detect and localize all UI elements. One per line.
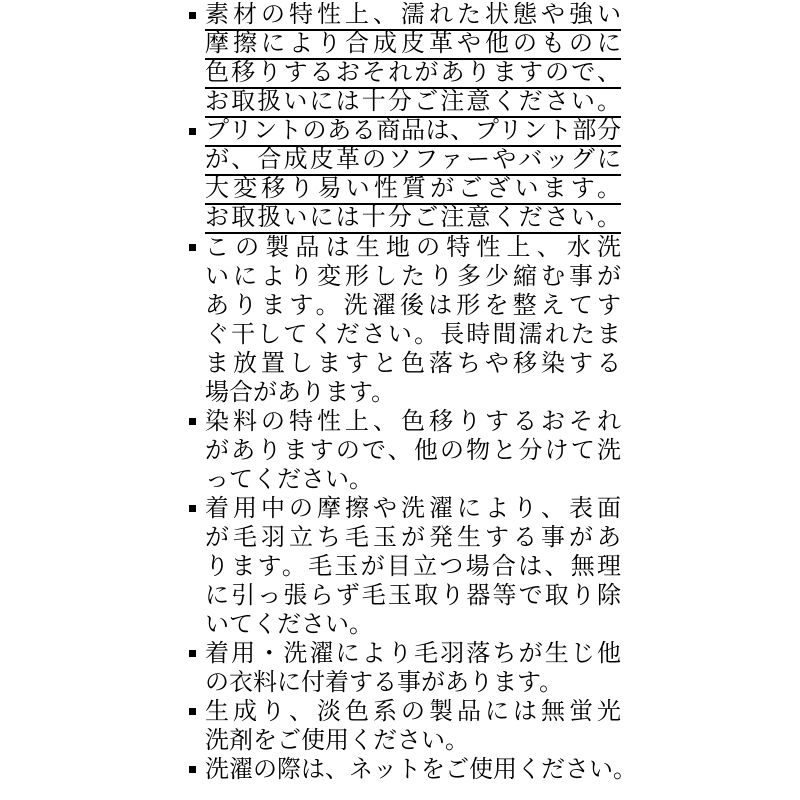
text-line: に引っ張らず毛玉取り器等で取り除: [205, 582, 621, 611]
text-line: お取扱いには十分ご注意ください。: [205, 205, 621, 234]
item-lines: 素材の特性上、濡れた状態や強い摩擦により合成皮革や他のものに色移りするおそれがあ…: [205, 2, 621, 118]
text-line: 大変移り易い性質がございます。: [205, 176, 621, 205]
text-line: 洗濯の際は、ネットをご使用ください。: [205, 756, 621, 785]
bullet-icon: [185, 495, 205, 524]
text-line: の衣料に付着する事があります。: [205, 669, 621, 698]
text-line: 素材の特性上、濡れた状態や強い: [205, 2, 621, 31]
text-line: プリントのある商品は、プリント部分: [205, 118, 621, 147]
bullet-icon: [185, 756, 205, 785]
text-line: ぐ干してください。長時間濡れたま: [205, 321, 621, 350]
care-instructions-page: 素材の特性上、濡れた状態や強い摩擦により合成皮革や他のものに色移りするおそれがあ…: [0, 0, 800, 800]
text-line: いにより変形したり多少縮む事が: [205, 263, 621, 292]
list-item: 着用中の摩擦や洗濯により、表面が毛羽立ち毛玉が発生する事があります。毛玉が目立つ…: [185, 495, 621, 640]
bullet-icon: [185, 408, 205, 437]
item-lines: プリントのある商品は、プリント部分が、合成皮革のソファーやバッグに大変移り易い性…: [205, 118, 621, 234]
text-line: が毛羽立ち毛玉が発生する事があ: [205, 524, 621, 553]
item-lines: この製品は生地の特性上、水洗いにより変形したり多少縮む事があります。洗濯後は形を…: [205, 234, 621, 408]
text-line: 場合があります。: [205, 379, 621, 408]
text-line: が、合成皮革のソファーやバッグに: [205, 147, 621, 176]
bullet-icon: [185, 698, 205, 727]
bullet-icon: [185, 234, 205, 263]
item-lines: 着用・洗濯により毛羽落ちが生じ他の衣料に付着する事があります。: [205, 640, 621, 698]
text-line: 着用中の摩擦や洗濯により、表面: [205, 495, 621, 524]
bullet-icon: [185, 118, 205, 147]
item-lines: 生成り、淡色系の製品には無蛍光洗剤をご使用ください。: [205, 698, 621, 756]
list-item: 生成り、淡色系の製品には無蛍光洗剤をご使用ください。: [185, 698, 621, 756]
text-line: 染料の特性上、色移りするおそれ: [205, 408, 621, 437]
bullet-icon: [185, 2, 205, 31]
list-item: 着用・洗濯により毛羽落ちが生じ他の衣料に付着する事があります。: [185, 640, 621, 698]
item-lines: 着用中の摩擦や洗濯により、表面が毛羽立ち毛玉が発生する事があります。毛玉が目立つ…: [205, 495, 621, 640]
list-item: この製品は生地の特性上、水洗いにより変形したり多少縮む事があります。洗濯後は形を…: [185, 234, 621, 408]
bullet-icon: [185, 640, 205, 669]
text-line: ります。毛玉が目立つ場合は、無理: [205, 553, 621, 582]
text-line: 生成り、淡色系の製品には無蛍光: [205, 698, 621, 727]
list-item: 洗濯の際は、ネットをご使用ください。: [185, 756, 621, 785]
text-line: 色移りするおそれがありますので、: [205, 60, 621, 89]
text-line: いてください。: [205, 611, 621, 640]
list-item: 染料の特性上、色移りするおそれがありますので、他の物と分けて洗ってください。: [185, 408, 621, 495]
item-lines: 染料の特性上、色移りするおそれがありますので、他の物と分けて洗ってください。: [205, 408, 621, 495]
text-line: ってください。: [205, 466, 621, 495]
text-line: 洗剤をご使用ください。: [205, 727, 621, 756]
list-item: 素材の特性上、濡れた状態や強い摩擦により合成皮革や他のものに色移りするおそれがあ…: [185, 2, 621, 118]
text-line: 摩擦により合成皮革や他のものに: [205, 31, 621, 60]
text-line: この製品は生地の特性上、水洗: [205, 234, 621, 263]
text-line: 着用・洗濯により毛羽落ちが生じ他: [205, 640, 621, 669]
text-line: ま放置しますと色落ちや移染する: [205, 350, 621, 379]
text-line: がありますので、他の物と分けて洗: [205, 437, 621, 466]
text-line: あります。洗濯後は形を整えてす: [205, 292, 621, 321]
care-instructions-list: 素材の特性上、濡れた状態や強い摩擦により合成皮革や他のものに色移りするおそれがあ…: [185, 2, 621, 785]
text-line: お取扱いには十分ご注意ください。: [205, 89, 621, 118]
item-lines: 洗濯の際は、ネットをご使用ください。: [205, 756, 621, 785]
list-item: プリントのある商品は、プリント部分が、合成皮革のソファーやバッグに大変移り易い性…: [185, 118, 621, 234]
